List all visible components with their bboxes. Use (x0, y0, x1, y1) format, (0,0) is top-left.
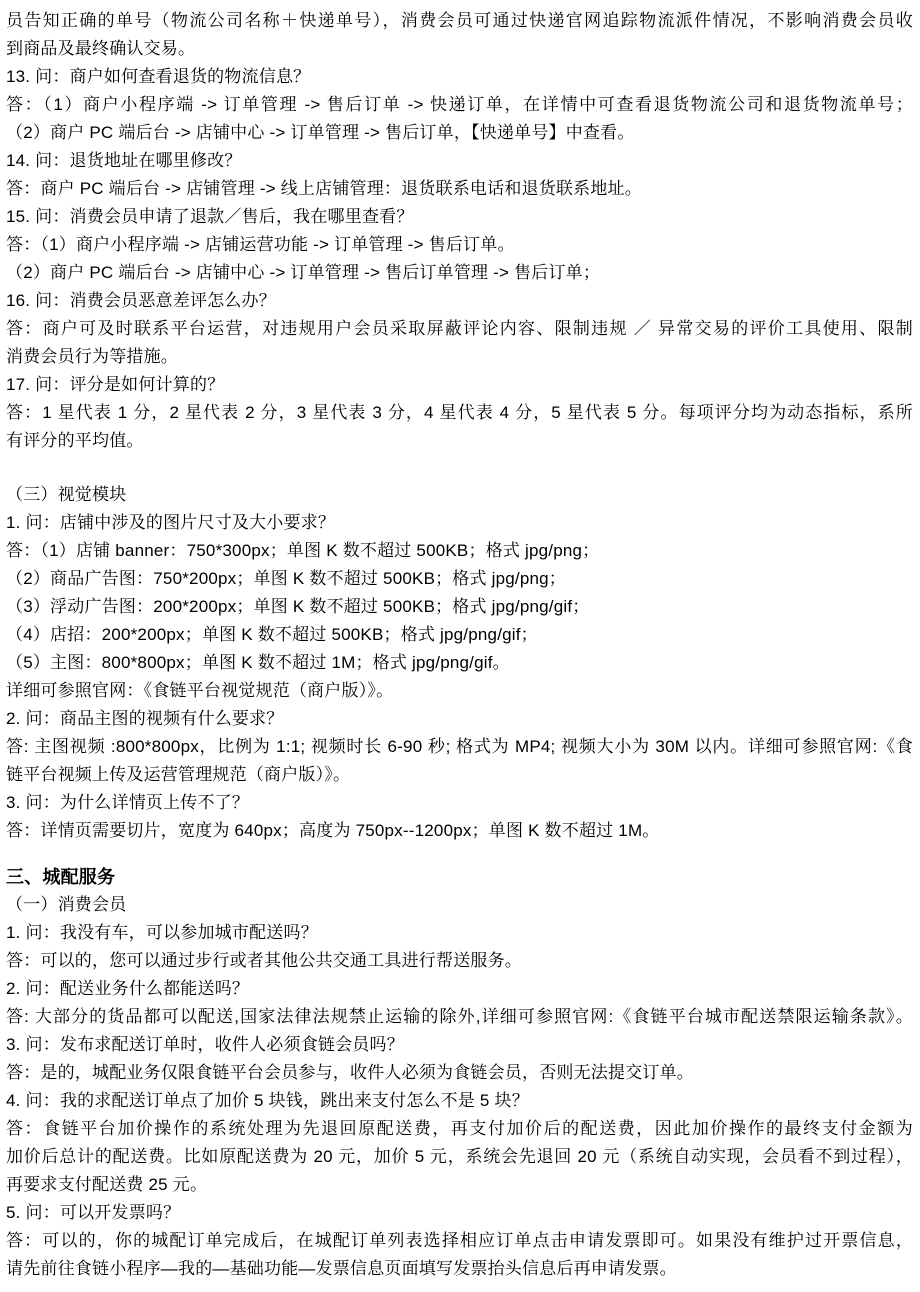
text-line: （4）店招：200*200px；单图 K 数不超过 500KB；格式 jpg/p… (6, 621, 913, 649)
blank-line (6, 845, 913, 863)
document-page: 员告知正确的单号（物流公司名称＋快递单号），消费会员可通过快递官网追踪物流派件情… (0, 0, 920, 1292)
text-line: （三）视觉模块 (6, 481, 913, 509)
text-line: 13. 问：商户如何查看退货的物流信息？ (6, 63, 913, 91)
text-line: 答：商户 PC 端后台 -> 店铺管理 -> 线上店铺管理：退货联系电话和退货联… (6, 175, 913, 203)
text-line: 员告知正确的单号（物流公司名称＋快递单号），消费会员可通过快递官网追踪物流派件情… (6, 7, 913, 35)
text-line: （5）主图：800*800px；单图 K 数不超过 1M；格式 jpg/png/… (6, 649, 913, 677)
text-line: 请先前往食链小程序—我的—基础功能—发票信息页面填写发票抬头信息后再申请发票。 (6, 1255, 913, 1283)
text-line: 答：食链平台加价操作的系统处理为先退回原配送费，再支付加价后的配送费，因此加价操… (6, 1115, 913, 1143)
text-line: 2. 问：配送业务什么都能送吗？ (6, 975, 913, 1003)
text-line: 3. 问：为什么详情页上传不了？ (6, 789, 913, 817)
text-line: 答：1 星代表 1 分，2 星代表 2 分，3 星代表 3 分，4 星代表 4 … (6, 399, 913, 427)
text-line: （2）商户 PC 端后台 -> 店铺中心 -> 订单管理 -> 售后订单，【快递… (6, 119, 913, 147)
text-line: 再要求支付配送费 25 元。 (6, 1171, 913, 1199)
blank-line (6, 455, 913, 481)
text-line: 16. 问：消费会员恶意差评怎么办？ (6, 287, 913, 315)
text-line: 详细可参照官网：《食链平台视觉规范（商户版）》。 (6, 677, 913, 705)
text-line: 答：是的，城配业务仅限食链平台会员参与，收件人必须为食链会员，否则无法提交订单。 (6, 1059, 913, 1087)
text-line: 15. 问：消费会员申请了退款／售后，我在哪里查看？ (6, 203, 913, 231)
text-line: 14. 问：退货地址在哪里修改？ (6, 147, 913, 175)
text-line: 4. 问：我的求配送订单点了加价 5 块钱，跳出来支付怎么不是 5 块？ (6, 1087, 913, 1115)
text-line: 5. 问：可以开发票吗？ (6, 1199, 913, 1227)
text-line: 答：商户可及时联系平台运营，对违规用户会员采取屏蔽评论内容、限制违规 ／ 异常交… (6, 315, 913, 343)
text-line: 1. 问：店铺中涉及的图片尺寸及大小要求？ (6, 509, 913, 537)
text-line: 消费会员行为等措施。 (6, 343, 913, 371)
text-line: 答：（1）商户小程序端 -> 店铺运营功能 -> 订单管理 -> 售后订单。 (6, 231, 913, 259)
text-line: 答：可以的，你的城配订单完成后，在城配订单列表选择相应订单点击申请发票即可。如果… (6, 1227, 913, 1255)
text-line: （2）商户 PC 端后台 -> 店铺中心 -> 订单管理 -> 售后订单管理 -… (6, 259, 913, 287)
text-line: 答：详情页需要切片，宽度为 640px；高度为 750px--1200px；单图… (6, 817, 913, 845)
text-line: 答：可以的，您可以通过步行或者其他公共交通工具进行帮送服务。 (6, 947, 913, 975)
text-line: 1. 问：我没有车，可以参加城市配送吗？ (6, 919, 913, 947)
text-line: 答：（1）商户小程序端 -> 订单管理 -> 售后订单 -> 快递订单，在详情中… (6, 91, 913, 119)
text-line: 答：（1）店铺 banner：750*300px；单图 K 数不超过 500KB… (6, 537, 913, 565)
text-line: 答: 大部分的货品都可以配送,国家法律法规禁止运输的除外,详细可参照官网:《食链… (6, 1003, 913, 1031)
text-line: 3. 问：发布求配送订单时，收件人必须食链会员吗？ (6, 1031, 913, 1059)
text-line: 答: 主图视频 :800*800px，比例为 1:1; 视频时长 6-90 秒;… (6, 733, 913, 761)
text-line: （3）浮动广告图：200*200px；单图 K 数不超过 500KB；格式 jp… (6, 593, 913, 621)
text-line: 17. 问：评分是如何计算的？ (6, 371, 913, 399)
text-line: （一）消费会员 (6, 891, 913, 919)
text-line: 链平台视频上传及运营管理规范（商户版）》。 (6, 761, 913, 789)
text-line: 到商品及最终确认交易。 (6, 35, 913, 63)
text-line: 加价后总计的配送费。比如原配送费为 20 元，加价 5 元，系统会先退回 20 … (6, 1143, 913, 1171)
text-line: 有评分的平均值。 (6, 427, 913, 455)
text-line: （2）商品广告图：750*200px；单图 K 数不超过 500KB；格式 jp… (6, 565, 913, 593)
section-heading: 三、城配服务 (6, 863, 913, 891)
text-line: 2. 问：商品主图的视频有什么要求？ (6, 705, 913, 733)
